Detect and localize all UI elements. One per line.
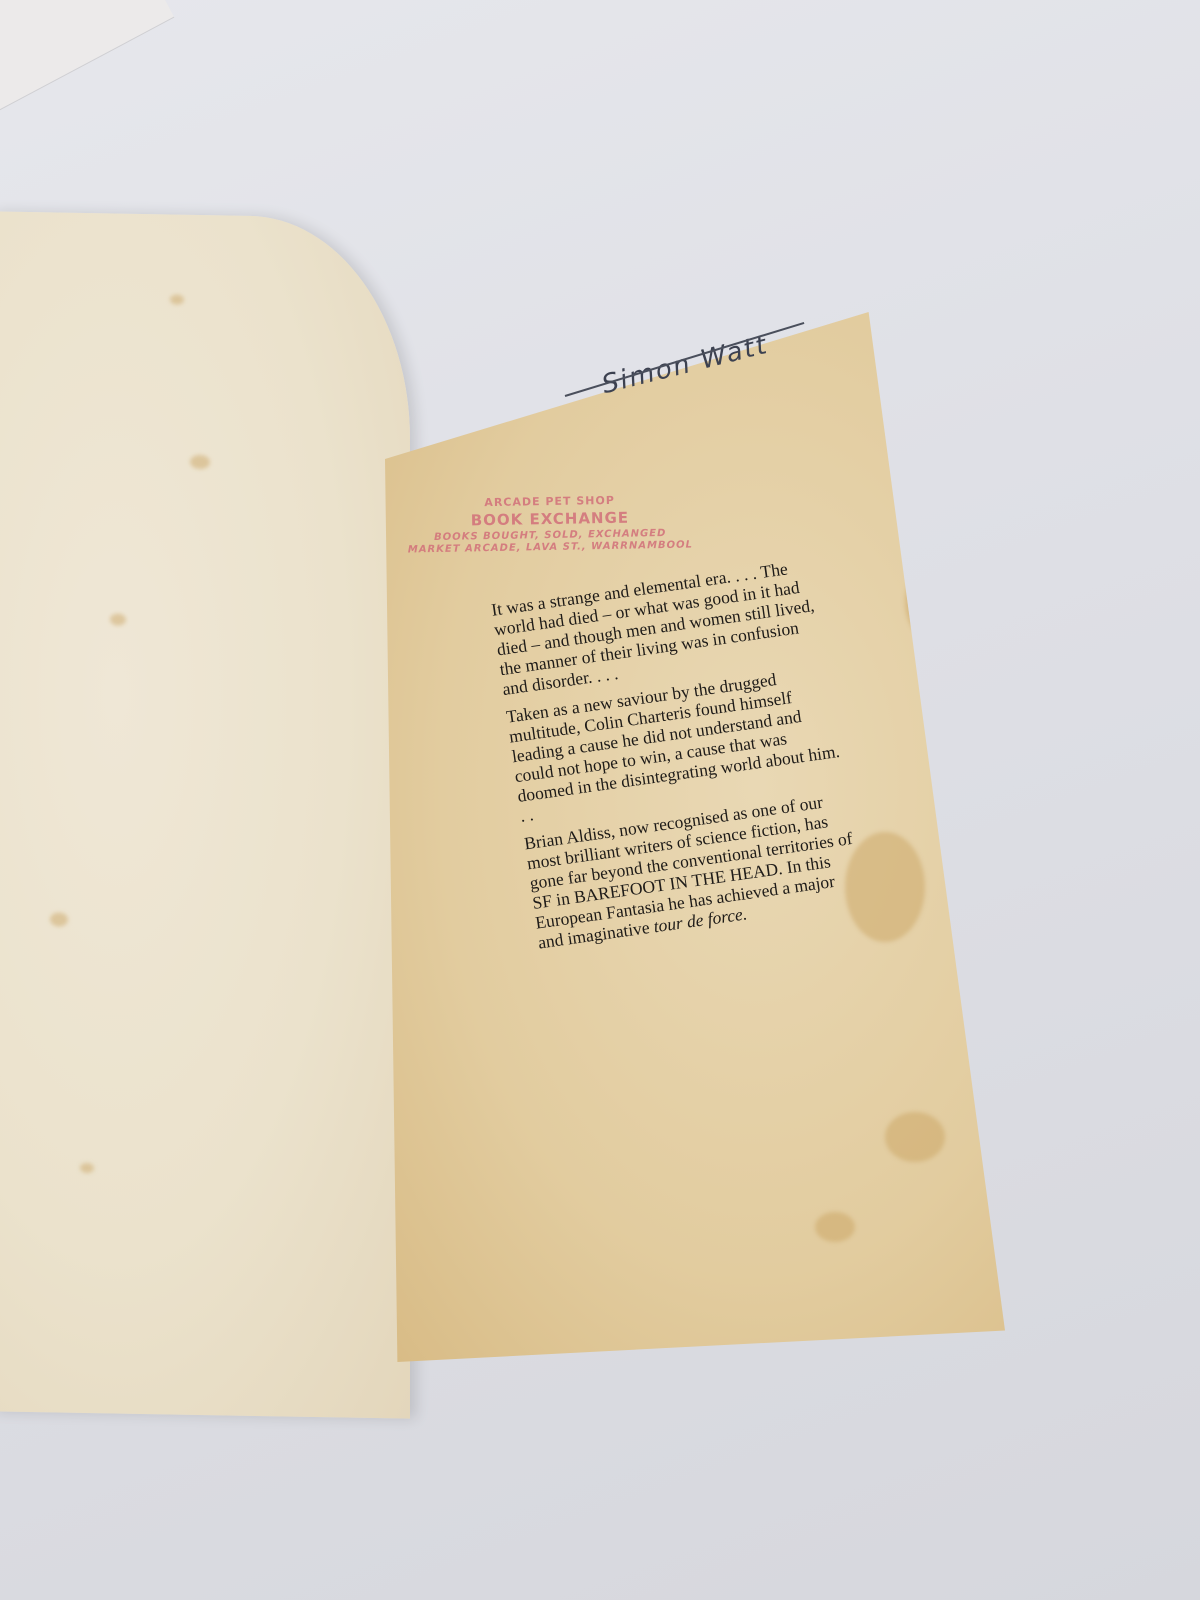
bookseller-stamp: ARCADE PET SHOP BOOK EXCHANGE BOOKS BOUG… — [390, 492, 711, 556]
left-page — [0, 211, 410, 1418]
foxing-spot — [50, 912, 68, 926]
foxing-spot — [80, 1163, 94, 1173]
foxing-spot — [190, 455, 210, 469]
foxing-spot — [885, 1112, 945, 1162]
foxing-spot — [905, 562, 965, 642]
background-paper-corner — [0, 0, 174, 111]
foxing-spot — [815, 1212, 855, 1242]
back-cover-blurb: It was a strange and elemental era. . . … — [490, 554, 867, 960]
foxing-spot — [110, 613, 126, 625]
foxing-spot — [170, 294, 184, 304]
